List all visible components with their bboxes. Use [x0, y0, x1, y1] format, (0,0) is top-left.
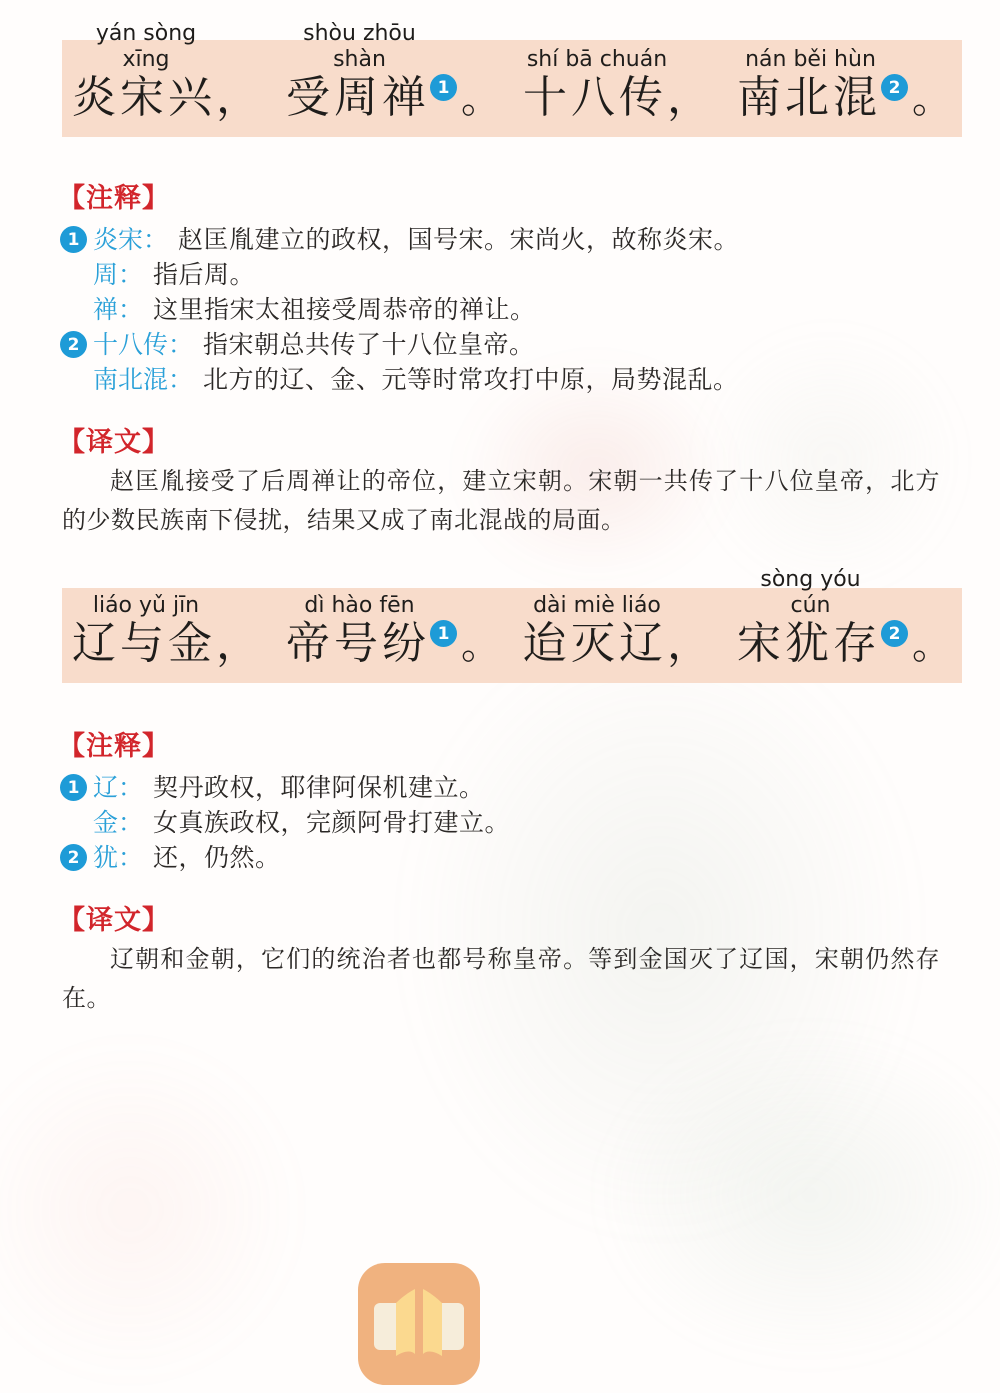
pinyin-text: dì hào fēn — [286, 593, 433, 619]
background-watermark — [400, 620, 920, 1240]
hanzi-punctuation: 。 — [461, 621, 501, 669]
notes-list: 1 辽： 契丹政权，耶律阿保机建立。 金： 女真族政权，完颜阿骨打建立。 2 犹… — [60, 770, 950, 875]
note-term: 炎宋： — [93, 222, 168, 257]
verse-phrase: nán běi hùn 南北混 2 。 — [737, 47, 952, 123]
pinyin-text: liáo yǔ jīn — [72, 593, 220, 619]
footnote-badge-2: 2 — [881, 74, 908, 101]
note-term: 犹： — [93, 840, 143, 875]
book-logo — [358, 1263, 480, 1385]
note-item: 1 辽： 契丹政权，耶律阿保机建立。 — [60, 770, 950, 805]
note-item: 2 犹： 还，仍然。 — [60, 840, 950, 875]
hanzi-punctuation: 。 — [912, 75, 952, 123]
note-term: 十八传： — [93, 327, 193, 362]
open-book-icon — [358, 1263, 480, 1385]
note-item: 禅： 这里指宋太祖接受周恭帝的禅让。 — [60, 292, 950, 327]
hanzi-text: 炎宋兴， — [72, 73, 264, 123]
note-item: 南北混： 北方的辽、金、元等时常攻打中原，局势混乱。 — [60, 362, 950, 397]
translation-text: 辽朝和金朝，它们的统治者也都号称皇帝。等到金国灭了辽国，宋朝仍然存在。 — [62, 940, 940, 1018]
background-watermark — [600, 1030, 1000, 1360]
hanzi-punctuation: 。 — [912, 621, 952, 669]
verse-banner-1: yán sòng xīng 炎宋兴， shòu zhōu shàn 受周禅 1 … — [62, 40, 962, 137]
note-badge-2: 2 — [60, 844, 87, 871]
pinyin-text: nán běi hùn — [737, 47, 884, 73]
hanzi-text: 迨灭辽， — [523, 619, 715, 669]
footnote-badge-1: 1 — [430, 74, 457, 101]
notes-list: 1 炎宋： 赵匡胤建立的政权，国号宋。宋尚火，故称炎宋。 周： 指后周。 禅： … — [60, 222, 950, 397]
note-item: 1 炎宋： 赵匡胤建立的政权，国号宋。宋尚火，故称炎宋。 — [60, 222, 950, 257]
note-term: 周： — [93, 257, 143, 292]
note-text: 北方的辽、金、元等时常攻打中原，局势混乱。 — [203, 362, 739, 397]
pinyin-text: yán sòng xīng — [72, 21, 220, 73]
hanzi-text: 帝号纷 — [286, 619, 430, 669]
hanzi-punctuation: 。 — [461, 75, 501, 123]
verse-phrase: sòng yóu cún 宋犹存 2 。 — [737, 567, 952, 669]
note-term: 禅： — [93, 292, 143, 327]
note-text: 契丹政权，耶律阿保机建立。 — [153, 770, 485, 805]
hanzi-text: 受周禅 — [286, 73, 430, 123]
notes-heading: 【注释】 — [58, 176, 170, 215]
footnote-badge-1: 1 — [430, 620, 457, 647]
verse-phrase: shòu zhōu shàn 受周禅 1 。 — [286, 21, 501, 123]
pinyin-text: dài miè liáo — [523, 593, 671, 619]
verse-phrase: dì hào fēn 帝号纷 1 。 — [286, 593, 501, 669]
background-watermark — [0, 1040, 300, 1380]
translation-text: 赵匡胤接受了后周禅让的帝位，建立宋朝。宋朝一共传了十八位皇帝，北方的少数民族南下… — [62, 462, 940, 540]
hanzi-text: 南北混 — [737, 73, 881, 123]
verse-phrase: dài miè liáo 迨灭辽， — [523, 593, 715, 669]
verse-phrase: shí bā chuán 十八传， — [523, 47, 715, 123]
note-item: 2 十八传： 指宋朝总共传了十八位皇帝。 — [60, 327, 950, 362]
note-badge-2: 2 — [60, 331, 87, 358]
note-term: 金： — [93, 805, 143, 840]
note-item: 金： 女真族政权，完颜阿骨打建立。 — [60, 805, 950, 840]
translation-heading: 【译文】 — [58, 898, 170, 937]
hanzi-text: 十八传， — [523, 73, 715, 123]
translation-heading: 【译文】 — [58, 420, 170, 459]
footnote-badge-2: 2 — [881, 620, 908, 647]
note-text: 指后周。 — [153, 257, 255, 292]
notes-heading: 【注释】 — [58, 724, 170, 763]
pinyin-text: sòng yóu cún — [737, 567, 884, 619]
note-badge-1: 1 — [60, 774, 87, 801]
verse-phrase: liáo yǔ jīn 辽与金， — [72, 593, 264, 669]
note-badge-1: 1 — [60, 226, 87, 253]
note-item: 周： 指后周。 — [60, 257, 950, 292]
pinyin-text: shí bā chuán — [523, 47, 671, 73]
hanzi-text: 宋犹存 — [737, 619, 881, 669]
note-text: 还，仍然。 — [153, 840, 281, 875]
book-page: yán sòng xīng 炎宋兴， shòu zhōu shàn 受周禅 1 … — [0, 0, 1000, 1393]
verse-phrase: yán sòng xīng 炎宋兴， — [72, 21, 264, 123]
pinyin-text: shòu zhōu shàn — [286, 21, 433, 73]
note-text: 指宋朝总共传了十八位皇帝。 — [203, 327, 535, 362]
note-text: 赵匡胤建立的政权，国号宋。宋尚火，故称炎宋。 — [178, 222, 739, 257]
note-term: 辽： — [93, 770, 143, 805]
note-term: 南北混： — [93, 362, 193, 397]
hanzi-text: 辽与金， — [72, 619, 264, 669]
note-text: 女真族政权，完颜阿骨打建立。 — [153, 805, 510, 840]
note-text: 这里指宋太祖接受周恭帝的禅让。 — [153, 292, 536, 327]
verse-banner-2: liáo yǔ jīn 辽与金， dì hào fēn 帝号纷 1 。 dài … — [62, 588, 962, 683]
